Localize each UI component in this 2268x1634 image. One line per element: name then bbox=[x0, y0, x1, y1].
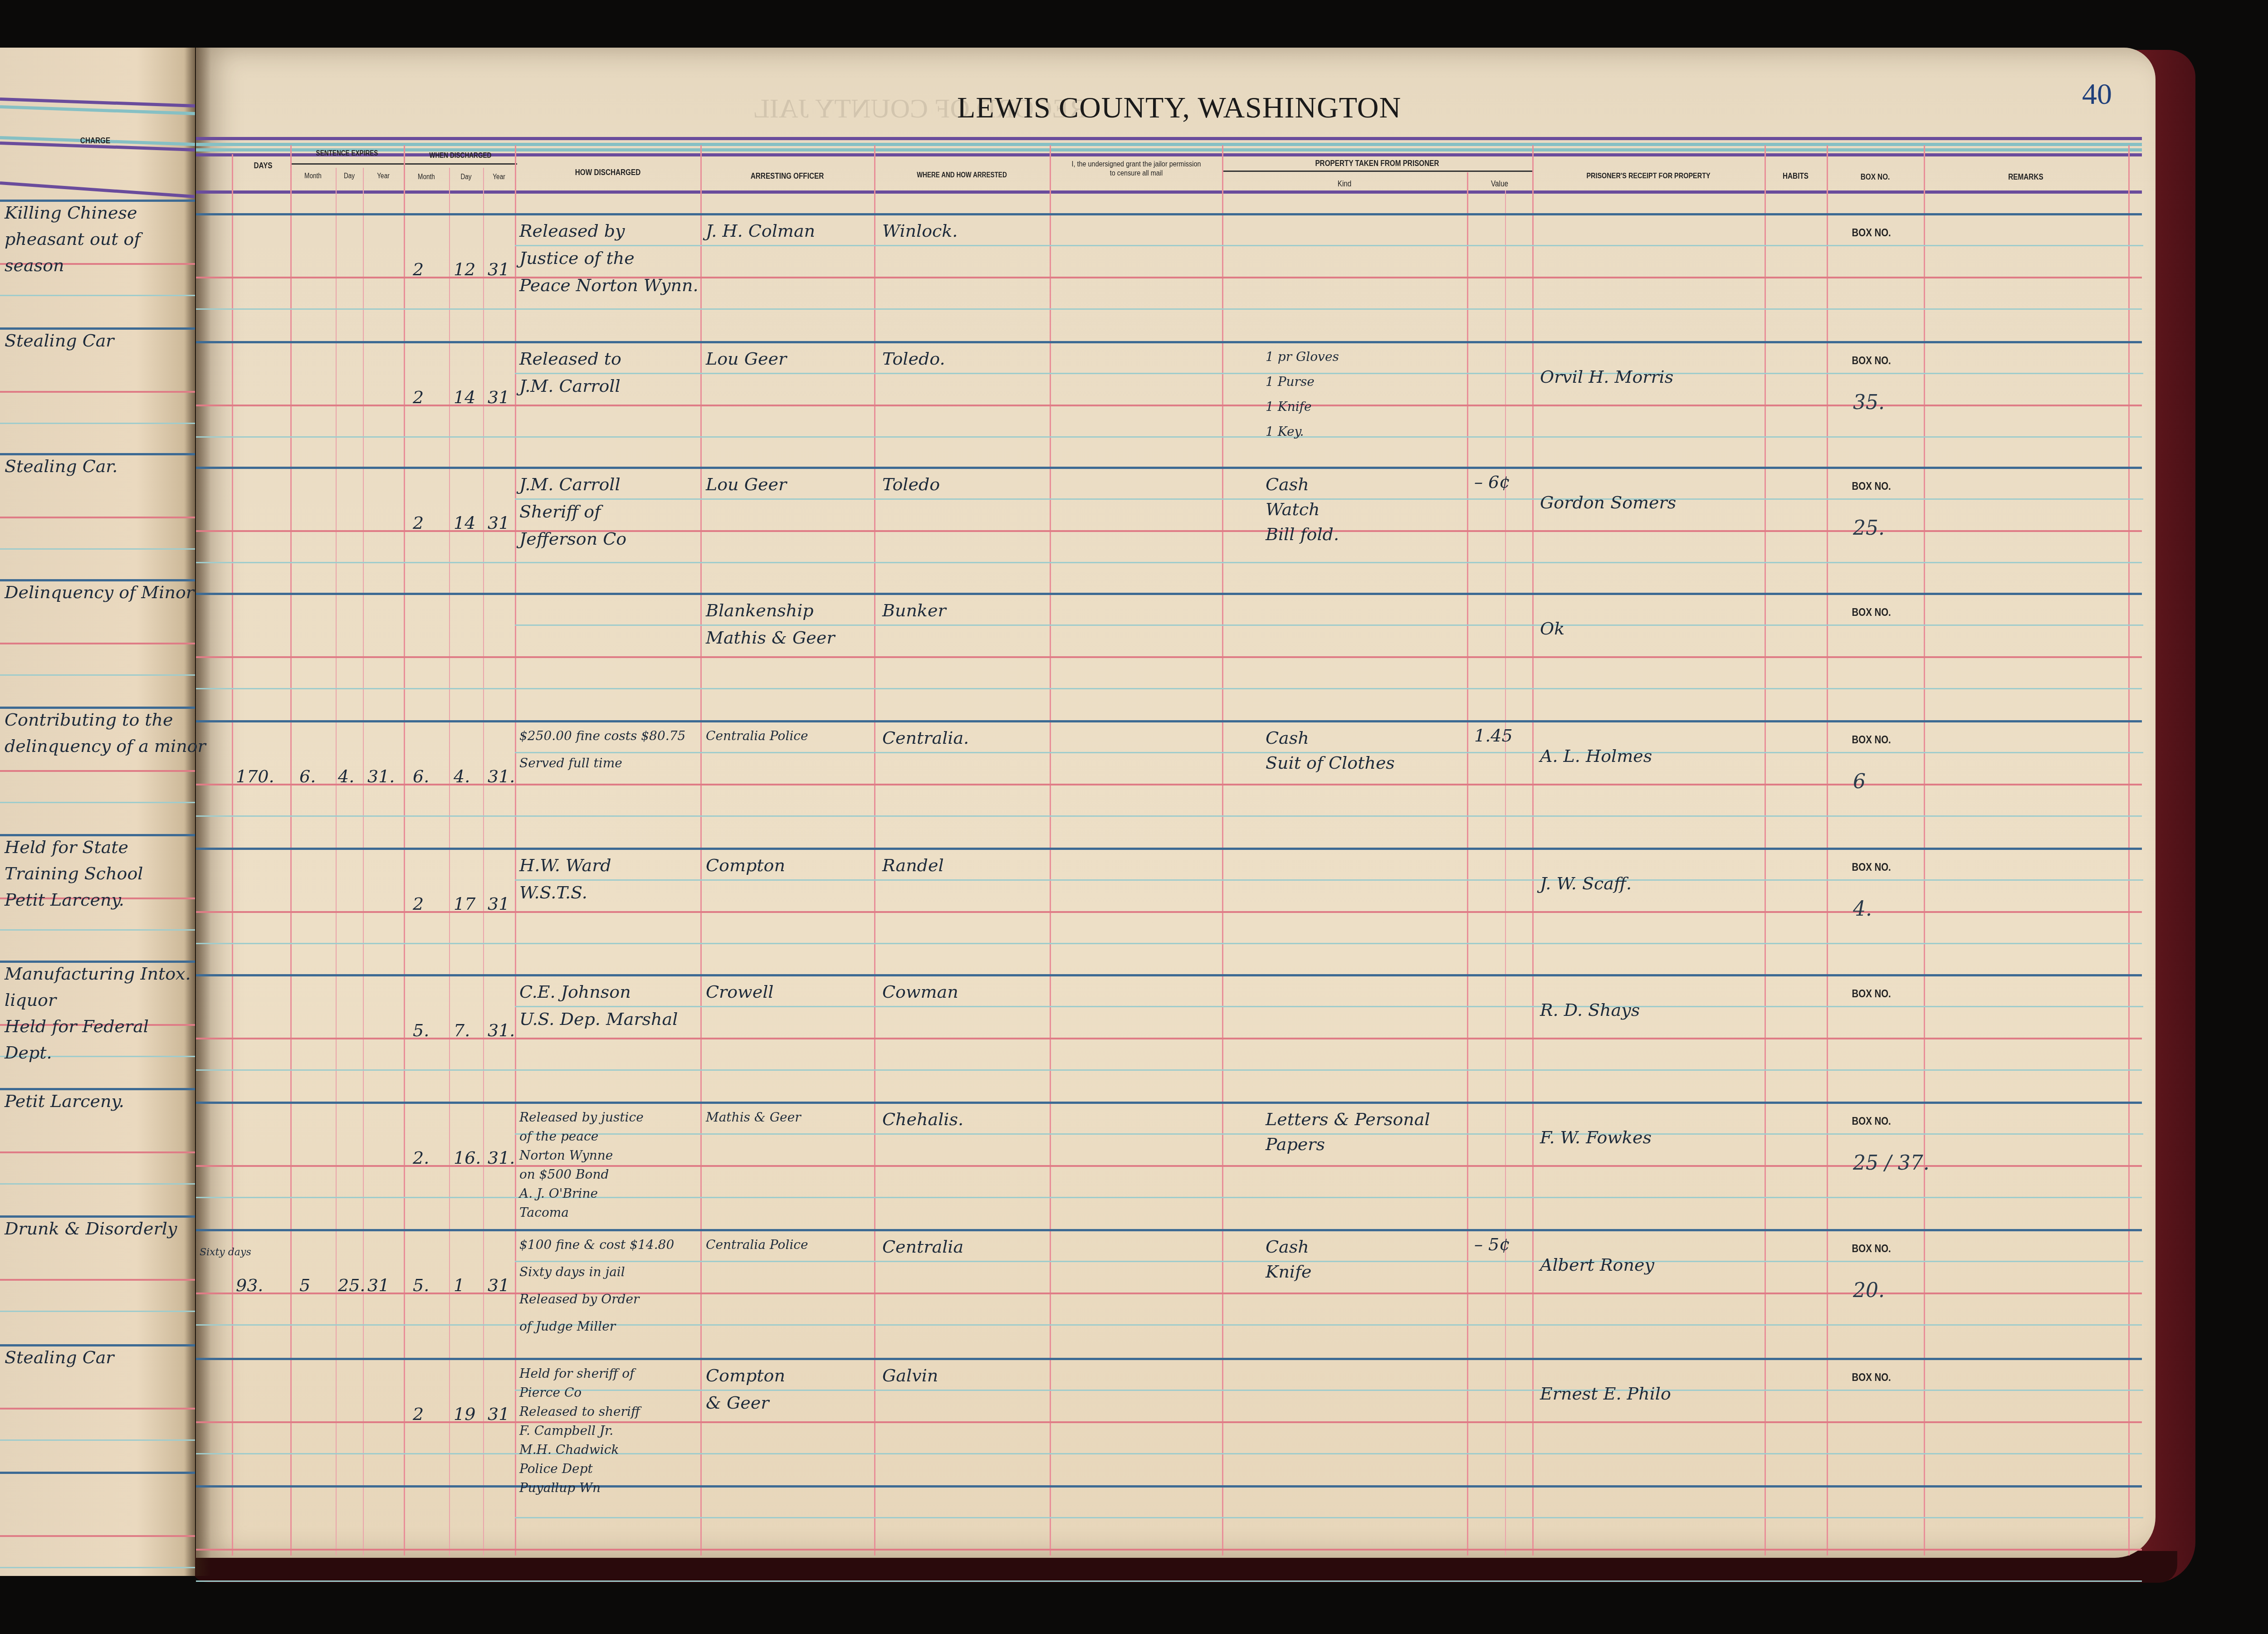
when-discharged-day: 16. bbox=[454, 1149, 481, 1167]
arresting-officer-text: Lou Geer bbox=[706, 476, 787, 494]
property-kind-text: Bill fold. bbox=[1266, 526, 1339, 544]
header-se-year: Year bbox=[366, 172, 401, 180]
guide-rule bbox=[515, 1390, 2143, 1391]
sentence-expires-month: 6. bbox=[299, 768, 316, 786]
when-discharged-year: 31 bbox=[488, 261, 509, 279]
left-guide-rule bbox=[0, 674, 195, 676]
how-discharged-text: Peace Norton Wynn. bbox=[519, 277, 699, 295]
header-arresting-officer: ARRESTING OFFICER bbox=[714, 171, 861, 181]
header-rule bbox=[196, 148, 2142, 151]
row-divider-rule bbox=[196, 1358, 2142, 1360]
left-row-divider-rule bbox=[0, 1472, 195, 1474]
when-discharged-year: 31 bbox=[488, 895, 509, 913]
property-kind-text: 1 Key. bbox=[1266, 425, 1304, 438]
left-guide-rule bbox=[0, 423, 195, 424]
charge-text: Training School bbox=[5, 865, 143, 883]
column-rule bbox=[336, 168, 337, 1556]
left-mid-rule bbox=[0, 391, 195, 393]
mid-rule bbox=[196, 656, 2142, 658]
when-discharged-year: 31. bbox=[488, 768, 515, 786]
charge-text: Petit Larceny. bbox=[5, 1093, 124, 1111]
charge-text: Drunk & Disorderly bbox=[5, 1220, 177, 1238]
prisoner-receipt-signature: Orvil H. Morris bbox=[1540, 368, 1673, 386]
column-rule bbox=[404, 145, 405, 1556]
header-remarks: REMARKS bbox=[1939, 172, 2113, 182]
left-mid-rule bbox=[0, 517, 195, 518]
box-no-label: BOX NO. bbox=[1852, 1243, 1891, 1255]
row-divider-rule bbox=[196, 848, 2142, 850]
property-value: 1.45 bbox=[1474, 727, 1513, 745]
column-rule bbox=[1222, 145, 1223, 1556]
column-rule bbox=[1765, 145, 1766, 1556]
when-discharged-month: 2 bbox=[413, 1405, 424, 1424]
left-page bbox=[0, 48, 195, 1576]
charge-text: liquor bbox=[5, 991, 56, 1010]
header-wd-month: Month bbox=[407, 173, 446, 181]
arresting-officer-text: Centralia Police bbox=[706, 1238, 808, 1251]
header-property-taken: PROPERTY TAKEN FROM PRISONER bbox=[1245, 159, 1509, 168]
property-value: – 5¢ bbox=[1474, 1236, 1510, 1254]
row-divider-rule bbox=[196, 720, 2142, 722]
column-rule bbox=[1467, 172, 1468, 1556]
when-discharged-year: 31 bbox=[488, 514, 509, 532]
left-row-divider-rule bbox=[0, 200, 195, 202]
column-rule bbox=[700, 145, 702, 1556]
header-se-month: Month bbox=[294, 172, 332, 180]
left-row-divider-rule bbox=[0, 579, 195, 581]
box-no-label: BOX NO. bbox=[1852, 606, 1891, 619]
when-discharged-year: 31. bbox=[488, 1022, 515, 1040]
charge-text: Killing Chinese bbox=[5, 204, 137, 222]
where-arrested-text: Centralia bbox=[882, 1238, 963, 1256]
how-discharged-text: Released by Order bbox=[519, 1293, 640, 1306]
row-divider-rule bbox=[196, 1485, 2142, 1488]
how-discharged-text: Sixty days in jail bbox=[519, 1265, 625, 1278]
left-guide-rule bbox=[0, 929, 195, 931]
when-discharged-day: 12 bbox=[454, 261, 475, 279]
page-title: LEWIS COUNTY, WASHINGTON bbox=[957, 91, 1401, 125]
where-arrested-text: Galvin bbox=[882, 1367, 938, 1385]
when-discharged-year: 31 bbox=[488, 1405, 509, 1424]
charge-text: pheasant out of bbox=[5, 230, 141, 249]
guide-rule bbox=[196, 1324, 2142, 1326]
where-arrested-text: Toledo. bbox=[882, 350, 945, 368]
charge-text: Contributing to the bbox=[5, 711, 173, 729]
property-kind-text: 1 pr Gloves bbox=[1266, 350, 1339, 363]
left-row-divider-rule bbox=[0, 1088, 195, 1090]
where-arrested-text: Centralia. bbox=[882, 729, 969, 747]
left-mid-rule bbox=[0, 1151, 195, 1153]
how-discharged-text: Served full time bbox=[519, 756, 622, 770]
charge-text: Held for State bbox=[5, 839, 128, 857]
box-number-value: 4. bbox=[1853, 897, 1872, 921]
header-how-discharged: HOW DISCHARGED bbox=[529, 168, 687, 177]
row-divider-rule bbox=[196, 974, 2142, 976]
column-rule bbox=[1827, 145, 1828, 1556]
arresting-officer-text: & Geer bbox=[706, 1394, 769, 1412]
left-guide-rule bbox=[0, 1567, 195, 1568]
header-kind: Kind bbox=[1241, 179, 1449, 189]
column-rule bbox=[874, 145, 875, 1556]
when-discharged-month: 2 bbox=[413, 261, 424, 279]
where-arrested-text: Bunker bbox=[882, 602, 946, 620]
left-guide-rule bbox=[0, 295, 195, 296]
when-discharged-month: 6. bbox=[413, 768, 429, 786]
where-arrested-text: Toledo bbox=[882, 476, 940, 494]
when-discharged-day: 17 bbox=[454, 895, 475, 913]
charge-text: Dept. bbox=[5, 1044, 52, 1062]
property-kind-text: 1 Purse bbox=[1266, 375, 1315, 388]
charge-text: Stealing Car. bbox=[5, 458, 117, 476]
guide-rule bbox=[515, 624, 2143, 626]
how-discharged-text: F. Campbell Jr. bbox=[519, 1424, 613, 1437]
left-row-divider-rule bbox=[0, 961, 195, 963]
charge-text: Stealing Car bbox=[5, 1349, 114, 1367]
how-discharged-text: C.E. Johnson bbox=[519, 983, 631, 1001]
header-wd-year: Year bbox=[485, 173, 513, 181]
how-discharged-text: Held for sheriff of bbox=[519, 1367, 635, 1380]
how-discharged-text: Released by bbox=[519, 222, 625, 240]
arresting-officer-text: Mathis & Geer bbox=[706, 629, 835, 647]
when-discharged-year: 31 bbox=[488, 389, 509, 407]
left-row-divider-rule bbox=[0, 327, 195, 330]
charge-text: Delinquency of Minor bbox=[5, 584, 194, 602]
left-mid-rule bbox=[0, 1279, 195, 1281]
prisoner-receipt-signature: R. D. Shays bbox=[1540, 1001, 1640, 1019]
guide-rule bbox=[515, 245, 2143, 246]
column-rule bbox=[1050, 145, 1051, 1556]
charge-text: delinquency of a minor bbox=[5, 737, 206, 756]
header-rule bbox=[196, 190, 2142, 194]
column-rule bbox=[232, 154, 233, 1556]
header-value: Value bbox=[1472, 179, 1527, 189]
column-rule bbox=[1924, 145, 1925, 1556]
column-rule bbox=[290, 145, 292, 1556]
prisoner-receipt-signature: F. W. Fowkes bbox=[1540, 1129, 1652, 1147]
page-number: 40 bbox=[2082, 77, 2112, 112]
row-divider-rule bbox=[196, 1229, 2142, 1231]
guide-rule bbox=[196, 943, 2142, 944]
guide-rule bbox=[515, 879, 2143, 881]
how-discharged-text: $100 fine & cost $14.80 bbox=[519, 1238, 674, 1251]
arresting-officer-text: Mathis & Geer bbox=[706, 1111, 801, 1124]
where-arrested-text: Winlock. bbox=[882, 222, 958, 240]
left-row-divider-rule bbox=[0, 453, 195, 455]
prisoner-receipt-signature: Albert Roney bbox=[1540, 1256, 1654, 1274]
guide-rule bbox=[196, 436, 2142, 438]
header-rule bbox=[196, 143, 2142, 146]
column-rule bbox=[1505, 190, 1506, 1556]
days-note: Sixty days bbox=[200, 1247, 251, 1258]
when-discharged-month: 5. bbox=[413, 1277, 429, 1295]
when-discharged-day: 1 bbox=[454, 1277, 464, 1295]
charge-text: season bbox=[5, 257, 64, 275]
box-no-label: BOX NO. bbox=[1852, 734, 1891, 746]
when-discharged-month: 2 bbox=[413, 895, 424, 913]
how-discharged-text: J.M. Carroll bbox=[519, 377, 621, 395]
how-discharged-text: Police Dept bbox=[519, 1462, 593, 1475]
when-discharged-year: 31. bbox=[488, 1149, 515, 1167]
how-discharged-text: Released by justice bbox=[519, 1111, 644, 1124]
guide-rule bbox=[515, 1133, 2143, 1135]
box-no-label: BOX NO. bbox=[1852, 480, 1891, 493]
header-box-no: BOX NO. bbox=[1834, 172, 1916, 182]
how-discharged-text: A. J. O'Brine bbox=[519, 1187, 598, 1200]
column-rule bbox=[363, 168, 364, 1556]
box-number-value: 25. bbox=[1853, 517, 1885, 540]
row-divider-rule bbox=[196, 213, 2142, 215]
how-discharged-text: Tacoma bbox=[519, 1206, 569, 1219]
charge-text: Held for Federal bbox=[5, 1018, 149, 1036]
guide-rule bbox=[515, 498, 2143, 500]
prisoner-receipt-signature: Ernest E. Philo bbox=[1540, 1385, 1671, 1403]
box-number-value: 25 / 37. bbox=[1853, 1151, 1930, 1175]
box-number-value: 20. bbox=[1853, 1279, 1885, 1302]
left-guide-rule bbox=[0, 1439, 195, 1441]
column-rule bbox=[1532, 145, 1534, 1556]
property-kind-text: Cash bbox=[1266, 476, 1309, 494]
when-discharged-day: 7. bbox=[454, 1022, 470, 1040]
left-guide-rule bbox=[0, 1311, 195, 1312]
left-row-divider-rule bbox=[0, 834, 195, 836]
column-rule bbox=[515, 145, 516, 1556]
charge-text: Stealing Car bbox=[5, 332, 114, 350]
when-discharged-day: 19 bbox=[454, 1405, 475, 1424]
column-rule bbox=[449, 168, 450, 1556]
header-days: DAYS bbox=[240, 161, 286, 171]
left-mid-rule bbox=[0, 643, 195, 644]
property-kind-text: Watch bbox=[1266, 501, 1320, 519]
when-discharged-month: 2 bbox=[413, 389, 424, 407]
arresting-officer-text: J. H. Colman bbox=[706, 222, 815, 240]
left-row-divider-rule bbox=[0, 707, 195, 709]
column-rule bbox=[2128, 145, 2130, 1556]
when-discharged-month: 5. bbox=[413, 1022, 429, 1040]
left-guide-rule bbox=[0, 548, 195, 550]
where-arrested-text: Randel bbox=[882, 857, 944, 875]
row-divider-rule bbox=[196, 467, 2142, 469]
how-discharged-text: of Judge Miller bbox=[519, 1320, 616, 1333]
property-kind-text: Suit of Clothes bbox=[1266, 754, 1395, 772]
charge-text: Manufacturing Intox. bbox=[5, 965, 191, 983]
where-arrested-text: Cowman bbox=[882, 983, 958, 1001]
left-guide-rule bbox=[0, 1183, 195, 1185]
mid-rule bbox=[196, 1549, 2142, 1551]
sentence-expires-day: 4. bbox=[338, 768, 354, 786]
arresting-officer-text: Compton bbox=[706, 857, 785, 875]
property-kind-text: Papers bbox=[1266, 1136, 1325, 1154]
header-sentence-expires: SENTENCE EXPIRES bbox=[299, 150, 396, 158]
box-no-label: BOX NO. bbox=[1852, 227, 1891, 239]
header-censure-mail: I, the undersigned grant the jailor perm… bbox=[1069, 160, 1204, 177]
guide-rule bbox=[196, 308, 2142, 310]
prisoner-receipt-signature: Gordon Somers bbox=[1540, 494, 1676, 512]
how-discharged-text: Pierce Co bbox=[519, 1386, 582, 1399]
guide-rule bbox=[196, 1069, 2142, 1071]
sentence-expires-month: 5 bbox=[299, 1277, 310, 1295]
how-discharged-text: M.H. Chadwick bbox=[519, 1443, 619, 1456]
guide-rule bbox=[196, 1197, 2142, 1198]
how-discharged-text: of the peace bbox=[519, 1130, 598, 1143]
arresting-officer-text: Crowell bbox=[706, 983, 773, 1001]
when-discharged-day: 4. bbox=[454, 768, 470, 786]
box-number-value: 6 bbox=[1853, 770, 1866, 793]
box-no-label: BOX NO. bbox=[1852, 1371, 1891, 1384]
sentence-expires-year: 31 bbox=[367, 1277, 389, 1295]
when-discharged-day: 14 bbox=[454, 389, 475, 407]
row-divider-rule bbox=[196, 341, 2142, 343]
header-habits: HABITS bbox=[1769, 171, 1822, 181]
left-row-divider-rule bbox=[0, 1344, 195, 1346]
guide-rule bbox=[196, 562, 2142, 563]
how-discharged-text: H.W. Ward bbox=[519, 857, 611, 875]
left-mid-rule bbox=[0, 1535, 195, 1537]
how-discharged-text: Norton Wynne bbox=[519, 1149, 613, 1162]
property-kind-text: Knife bbox=[1266, 1263, 1312, 1281]
how-discharged-text: W.S.T.S. bbox=[519, 884, 587, 902]
header-wd-day: Day bbox=[452, 173, 481, 181]
how-discharged-text: Released to sheriff bbox=[519, 1405, 640, 1418]
how-discharged-text: $250.00 fine costs $80.75 bbox=[519, 729, 685, 742]
guide-rule bbox=[196, 815, 2142, 817]
column-rule bbox=[483, 168, 484, 1556]
header-where-arrested: WHERE AND HOW ARRESTED bbox=[887, 171, 1036, 180]
row-divider-rule bbox=[196, 1102, 2142, 1104]
days-value: 93. bbox=[236, 1277, 263, 1295]
property-kind-text: Letters & Personal bbox=[1266, 1111, 1430, 1129]
how-discharged-text: Puyallup Wn bbox=[519, 1481, 601, 1494]
subheader-rule bbox=[1222, 171, 1532, 172]
when-discharged-month: 2 bbox=[413, 514, 424, 532]
guide-rule bbox=[515, 1517, 2143, 1518]
guide-rule bbox=[196, 1453, 2142, 1454]
box-no-label: BOX NO. bbox=[1852, 988, 1891, 1000]
how-discharged-text: Sheriff of bbox=[519, 503, 601, 521]
left-mid-rule bbox=[0, 770, 195, 772]
header-when-discharged: WHEN DISCHARGED bbox=[412, 152, 509, 160]
header-se-day: Day bbox=[338, 172, 361, 180]
days-value: 170. bbox=[236, 768, 274, 786]
prisoner-receipt-signature: Ok bbox=[1540, 620, 1564, 638]
how-discharged-text: J.M. Carroll bbox=[519, 476, 621, 494]
how-discharged-text: Justice of the bbox=[519, 249, 635, 268]
box-no-label: BOX NO. bbox=[1852, 1115, 1891, 1128]
guide-rule bbox=[515, 373, 2143, 374]
guide-rule bbox=[196, 1580, 2142, 1582]
property-kind-text: Cash bbox=[1266, 729, 1309, 747]
when-discharged-month: 2. bbox=[413, 1149, 429, 1167]
how-discharged-text: on $500 Bond bbox=[519, 1168, 609, 1181]
property-kind-text: 1 Knife bbox=[1266, 400, 1312, 413]
where-arrested-text: Chehalis. bbox=[882, 1111, 963, 1129]
header-charge: CHARGE bbox=[64, 136, 126, 146]
arresting-officer-text: Lou Geer bbox=[706, 350, 787, 368]
how-discharged-text: Released to bbox=[519, 350, 621, 368]
sentence-expires-day: 25. bbox=[338, 1277, 365, 1295]
how-discharged-text: Jefferson Co bbox=[519, 530, 626, 548]
header-rule bbox=[196, 137, 2142, 140]
guide-rule bbox=[196, 688, 2142, 689]
how-discharged-text: U.S. Dep. Marshal bbox=[519, 1010, 678, 1029]
row-divider-rule bbox=[196, 593, 2142, 595]
when-discharged-year: 31 bbox=[488, 1277, 509, 1295]
property-kind-text: Cash bbox=[1266, 1238, 1309, 1256]
box-no-label: BOX NO. bbox=[1852, 355, 1891, 367]
sentence-expires-year: 31. bbox=[367, 768, 395, 786]
arresting-officer-text: Blankenship bbox=[706, 602, 814, 620]
charge-text: Petit Larceny. bbox=[5, 891, 124, 909]
guide-rule bbox=[515, 1006, 2143, 1007]
left-mid-rule bbox=[0, 1408, 195, 1410]
prisoner-receipt-signature: A. L. Holmes bbox=[1540, 747, 1652, 766]
guide-rule bbox=[515, 1261, 2143, 1262]
when-discharged-day: 14 bbox=[454, 514, 475, 532]
arresting-officer-text: Compton bbox=[706, 1367, 785, 1385]
prisoner-receipt-signature: J. W. Scaff. bbox=[1540, 875, 1632, 893]
arresting-officer-text: Centralia Police bbox=[706, 729, 808, 742]
left-row-divider-rule bbox=[0, 1215, 195, 1218]
box-no-label: BOX NO. bbox=[1852, 861, 1891, 874]
box-number-value: 35. bbox=[1853, 391, 1885, 414]
left-guide-rule bbox=[0, 802, 195, 803]
property-value: – 6¢ bbox=[1474, 473, 1510, 492]
header-prisoner-receipt: PRISONER'S RECEIPT FOR PROPERTY bbox=[1549, 171, 1747, 180]
